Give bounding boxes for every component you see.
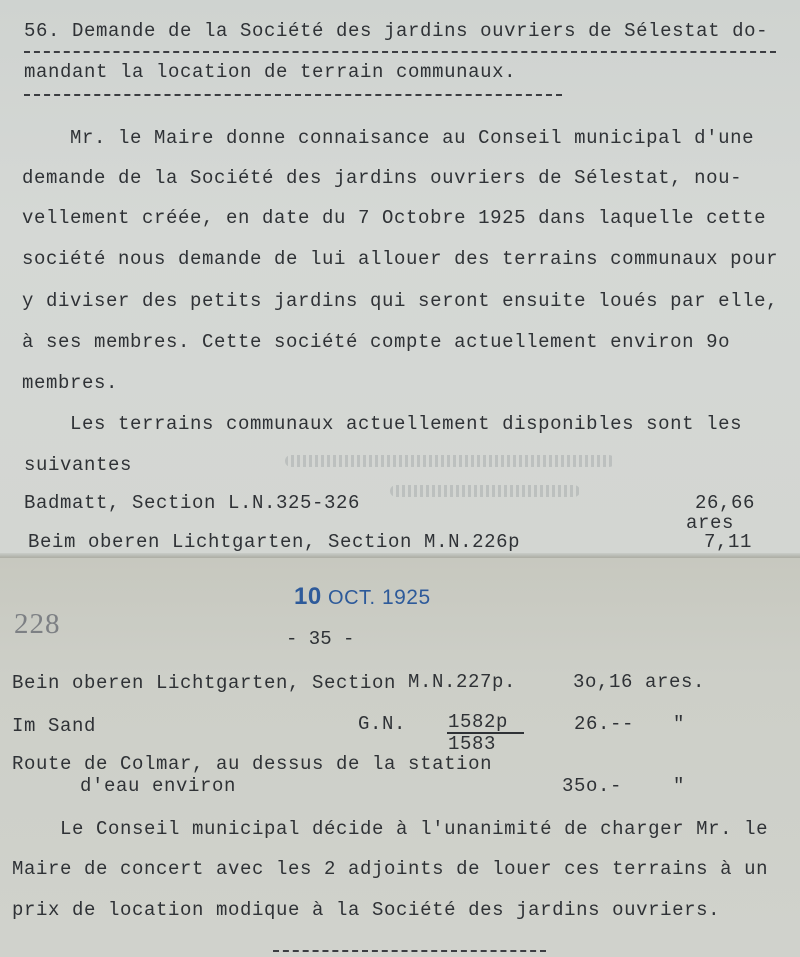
plot-ref-denominator: 1583	[448, 733, 496, 755]
ink-smudge	[285, 455, 615, 467]
decision-line: prix de location modique à la Société de…	[12, 899, 720, 921]
plot-ref-prefix: G.N.	[358, 713, 406, 735]
stamp-day: 10	[294, 583, 322, 610]
paragraph-2-line: Les terrains communaux actuellement disp…	[22, 413, 742, 435]
plot-ref-numerator: 1582p	[448, 711, 508, 733]
date-stamp: 10 OCT. 1925	[294, 583, 431, 611]
plot-name: Im Sand	[12, 715, 96, 737]
plot-name: Badmatt, Section L.N.325-326	[24, 492, 360, 514]
plot-name: Bein oberen Lichtgarten, Section	[12, 672, 396, 694]
stamp-month: OCT.	[328, 587, 376, 609]
paragraph-1-line: demande de la Société des jardins ouvrie…	[22, 167, 742, 189]
paragraph-1-line: membres.	[22, 372, 118, 394]
plot-name-line-2: d'eau environ	[80, 775, 236, 797]
plot-area: 26.--	[574, 713, 634, 735]
paragraph-1-line: y diviser des petits jardins qui seront …	[22, 290, 778, 312]
plot-area: 26,66	[640, 492, 755, 514]
plot-area: 35o.-	[562, 775, 622, 797]
paragraph-1-line: vellement créée, en date du 7 Octobre 19…	[22, 207, 766, 229]
heading-line-2: mandant la location de terrain communaux…	[24, 61, 516, 83]
heading-underline-1	[24, 51, 776, 53]
folio-number: 228	[14, 608, 61, 641]
paragraph-1-line: Mr. le Maire donne connaisance au Consei…	[22, 127, 754, 149]
ink-smudge	[390, 485, 580, 497]
plot-area: 3o,16 ares.	[573, 671, 705, 693]
heading-line-1: 56. Demande de la Société des jardins ou…	[24, 20, 768, 42]
ditto-mark: "	[673, 713, 685, 735]
paragraph-1-line: à ses membres. Cette société compte actu…	[22, 331, 730, 353]
plot-name: Beim oberen Lichtgarten, Section M.N.226…	[28, 531, 520, 553]
stamp-year: 1925	[382, 586, 431, 609]
paragraph-2-line: suivantes	[24, 454, 132, 476]
heading-underline-2	[24, 94, 562, 96]
plot-name-line-1: Route de Colmar, au dessus de la station	[12, 753, 492, 775]
ditto-mark: "	[673, 775, 685, 797]
page-number: - 35 -	[286, 628, 354, 650]
plot-area: 7,11	[640, 531, 752, 553]
decision-line: Maire de concert avec les 2 adjoints de …	[12, 858, 768, 880]
paragraph-1-line: société nous demande de lui allouer des …	[22, 248, 778, 270]
top-page: 56. Demande de la Société des jardins ou…	[0, 0, 800, 556]
plot-ref: M.N.227p.	[408, 671, 516, 693]
closing-rule	[273, 950, 546, 952]
decision-line: Le Conseil municipal décide à l'unanimit…	[12, 818, 768, 840]
